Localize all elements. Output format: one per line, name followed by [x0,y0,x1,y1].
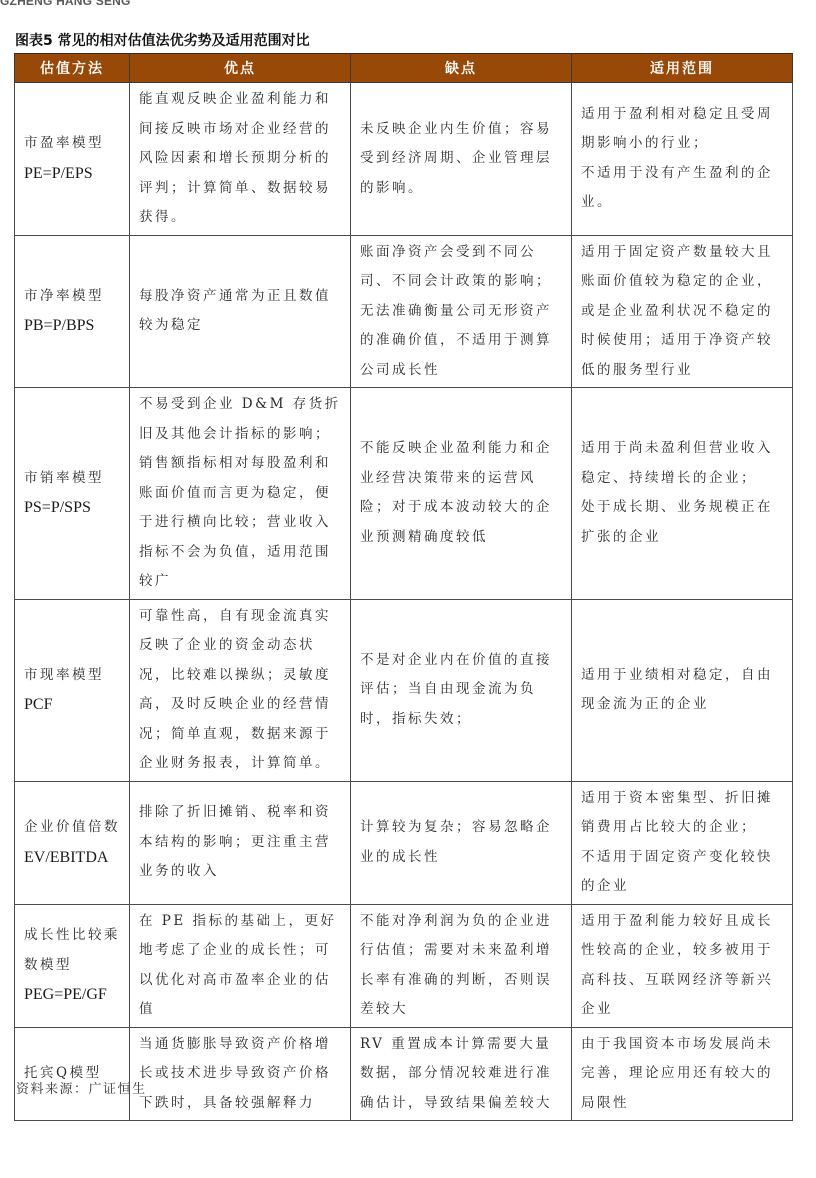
cons-cell: 未反映企业内生价值；容易受到经济周期、企业管理层的影响。 [351,83,572,236]
pros-cell: 排除了折旧摊销、税率和资本结构的影响；更注重主营业务的收入 [130,781,351,904]
scope-cell: 适用于盈利能力较好且成长性较高的企业，较多被用于高科技、互联网经济等新兴企业 [572,904,793,1027]
method-name: 市净率模型 [24,282,121,312]
method-name: 企业价值倍数 [24,813,121,843]
method-formula: PE=P/EPS [24,159,121,189]
source-note: 资料来源：广证恒生 [16,1078,147,1097]
scope-line: 适用于尚未盈利但营业收入稳定、持续增长的企业； [581,434,784,493]
table-row: 市销率模型 PS=P/SPS 不易受到企业 D&M 存货折旧及其他会计指标的影响… [15,388,793,600]
cons-cell: 不是对企业内在价值的直接评估；当自由现金流为负时，指标失效； [351,599,572,781]
scope-line: 适用于盈利相对稳定且受周期影响小的行业； [581,100,784,159]
table-row: 成长性比较乘数模型 PEG=PE/GF 在 PE 指标的基础上，更好地考虑了企业… [15,904,793,1027]
table-row: 市现率模型 PCF 可靠性高，自有现金流真实反映了企业的资金动态状况，比较难以操… [15,599,793,781]
table-row: 企业价值倍数 EV/EBITDA 排除了折旧摊销、税率和资本结构的影响；更注重主… [15,781,793,904]
method-name: 市现率模型 [24,661,121,691]
company-logo-text: GZHENG HANG SENG [0,0,131,8]
method-formula: PB=P/BPS [24,311,121,341]
valuation-comparison-table: 估值方法 优点 缺点 适用范围 市盈率模型 PE=P/EPS 能直观反映企业盈利… [14,53,793,1121]
table-row: 市净率模型 PB=P/BPS 每股净资产通常为正且数值较为稳定 账面净资产会受到… [15,235,793,388]
scope-cell: 适用于固定资产数量较大且账面价值较为稳定的企业，或是企业盈利状况不稳定的时候使用… [572,235,793,388]
cons-cell: 计算较为复杂；容易忽略企业的成长性 [351,781,572,904]
cons-cell: RV 重置成本计算需要大量数据，部分情况较难进行准确估计，导致结果偏差较大 [351,1027,572,1121]
table-row: 市盈率模型 PE=P/EPS 能直观反映企业盈利能力和间接反映市场对企业经营的风… [15,83,793,236]
pros-cell: 当通货膨胀导致资产价格增长或技术进步导致资产价格下跌时，具备较强解释力 [130,1027,351,1121]
scope-line: 适用于盈利能力较好且成长性较高的企业，较多被用于高科技、互联网经济等新兴企业 [581,907,784,1025]
scope-cell: 适用于尚未盈利但营业收入稳定、持续增长的企业； 处于成长期、业务规模正在扩张的企… [572,388,793,600]
method-formula: PEG=PE/GF [24,980,121,1010]
pros-cell: 能直观反映企业盈利能力和间接反映市场对企业经营的风险因素和增长预期分析的评判；计… [130,83,351,236]
column-header-method: 估值方法 [15,54,130,83]
cons-cell: 账面净资产会受到不同公司、不同会计政策的影响；无法准确衡量公司无形资产的准确价值… [351,235,572,388]
method-cell: 市现率模型 PCF [15,599,130,781]
method-name: 市销率模型 [24,464,121,494]
scope-cell: 适用于资本密集型、折旧摊销费用占比较大的企业； 不适用于固定资产变化较快的企业 [572,781,793,904]
method-name: 市盈率模型 [24,129,121,159]
cons-cell: 不能反映企业盈利能力和企业经营决策带来的运营风险；对于成本波动较大的企业预测精确… [351,388,572,600]
scope-line: 处于成长期、业务规模正在扩张的企业 [581,493,784,552]
scope-line: 由于我国资本市场发展尚未完善，理论应用还有较大的局限性 [581,1030,784,1119]
pros-cell: 可靠性高，自有现金流真实反映了企业的资金动态状况，比较难以操纵；灵敏度高，及时反… [130,599,351,781]
scope-line: 不适用于没有产生盈利的企业。 [581,159,784,218]
scope-line: 不适用于固定资产变化较快的企业 [581,843,784,902]
method-cell: 市盈率模型 PE=P/EPS [15,83,130,236]
column-header-scope: 适用范围 [572,54,793,83]
method-cell: 企业价值倍数 EV/EBITDA [15,781,130,904]
method-formula: PCF [24,690,121,720]
scope-cell: 适用于盈利相对稳定且受周期影响小的行业； 不适用于没有产生盈利的企业。 [572,83,793,236]
table-row: 托宾Q模型 当通货膨胀导致资产价格增长或技术进步导致资产价格下跌时，具备较强解释… [15,1027,793,1121]
method-cell: 成长性比较乘数模型 PEG=PE/GF [15,904,130,1027]
scope-line: 适用于资本密集型、折旧摊销费用占比较大的企业； [581,784,784,843]
method-formula: EV/EBITDA [24,843,121,873]
pros-cell: 每股净资产通常为正且数值较为稳定 [130,235,351,388]
method-cell: 市销率模型 PS=P/SPS [15,388,130,600]
pros-cell: 不易受到企业 D&M 存货折旧及其他会计指标的影响；销售额指标相对每股盈利和账面… [130,388,351,600]
scope-line: 适用于业绩相对稳定，自由现金流为正的企业 [581,661,784,720]
column-header-cons: 缺点 [351,54,572,83]
method-formula: PS=P/SPS [24,493,121,523]
scope-cell: 由于我国资本市场发展尚未完善，理论应用还有较大的局限性 [572,1027,793,1121]
cons-cell: 不能对净利润为负的企业进行估值；需要对未来盈利增长率有准确的判断，否则误差较大 [351,904,572,1027]
pros-cell: 在 PE 指标的基础上，更好地考虑了企业的成长性；可以优化对高市盈率企业的估值 [130,904,351,1027]
method-cell: 托宾Q模型 [15,1027,130,1121]
scope-cell: 适用于业绩相对稳定，自由现金流为正的企业 [572,599,793,781]
table-header-row: 估值方法 优点 缺点 适用范围 [15,54,793,83]
scope-line: 适用于固定资产数量较大且账面价值较为稳定的企业，或是企业盈利状况不稳定的时候使用… [581,238,784,386]
figure-title: 图表5 常见的相对估值法优劣势及适用范围对比 [15,30,310,50]
method-cell: 市净率模型 PB=P/BPS [15,235,130,388]
method-name: 成长性比较乘数模型 [24,921,121,980]
column-header-pros: 优点 [130,54,351,83]
